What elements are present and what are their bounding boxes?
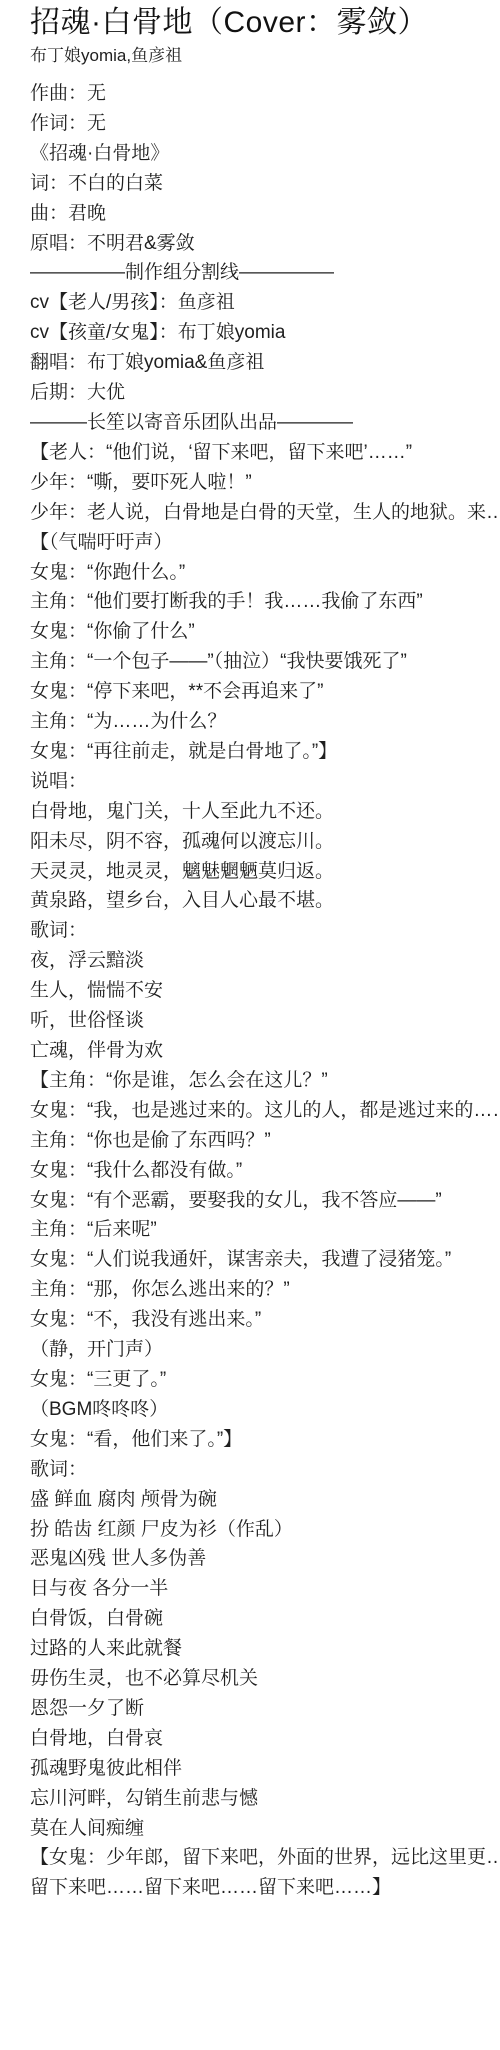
lyric-line: 作曲：无 (30, 79, 500, 109)
page-title: 招魂·白骨地（Cover：雾敛） (30, 5, 500, 41)
lyric-line: 亡魂，伴骨为欢 (30, 1036, 500, 1066)
lyric-line: 少年：老人说，白骨地是白骨的天堂，生人的地狱。来…… (30, 498, 500, 528)
lyric-line: 女鬼：“停下来吧，**不会再追来了” (30, 677, 500, 707)
lyric-line: 主角：“为……为什么？ (30, 707, 500, 737)
lyric-line: 盛 鲜血 腐肉 颅骨为碗 (30, 1485, 500, 1515)
lyric-line: 【主角：“你是谁，怎么会在这儿？” (30, 1066, 500, 1096)
lyric-line: 忘川河畔，勾销生前悲与憾 (30, 1784, 500, 1814)
lyric-line: 过路的人来此就餐 (30, 1634, 500, 1664)
lyric-line: 主角：“你也是偷了东西吗？” (30, 1126, 500, 1156)
lyric-line: 女鬼：“你偷了什么” (30, 617, 500, 647)
lyric-line: 后期：大优 (30, 378, 500, 408)
lyric-line: （BGM咚咚咚） (30, 1395, 500, 1425)
lyric-line: 女鬼：“你跑什么。” (30, 558, 500, 588)
lyric-line: cv【老人/男孩】：鱼彦祖 (30, 288, 500, 318)
lyric-line: 《招魂·白骨地》 (30, 139, 500, 169)
lyric-line: （静，开门声） (30, 1335, 500, 1365)
lyric-line: 女鬼：“我，也是逃过来的。这儿的人，都是逃过来的…… (30, 1096, 500, 1126)
lyric-line: 留下来吧……留下来吧……留下来吧……】 (30, 1873, 500, 1903)
lyrics-page: 招魂·白骨地（Cover：雾敛） 布丁娘yomia,鱼彦祖 作曲：无作词：无《招… (0, 0, 500, 1903)
lyric-line: —————制作组分割线————— (30, 258, 500, 288)
lyric-line: 毋伤生灵，也不必算尽机关 (30, 1664, 500, 1694)
lyric-line: 日与夜 各分一半 (30, 1574, 500, 1604)
lyric-line: 【老人：“他们说，‘留下来吧，留下来吧’……” (30, 438, 500, 468)
lyric-line: 女鬼：“不，我没有逃出来。” (30, 1305, 500, 1335)
lyric-line: ———长笙以寄音乐团队出品———— (30, 408, 500, 438)
lyric-line: 主角：“他们要打断我的手！我……我偷了东西” (30, 587, 500, 617)
lyric-line: 女鬼：“有个恶霸，要娶我的女儿，我不答应——” (30, 1186, 500, 1216)
lyric-line: 女鬼：“我什么都没有做。” (30, 1156, 500, 1186)
lyric-line: 阳未尽，阴不容，孤魂何以渡忘川。 (30, 827, 500, 857)
lyric-line: 歌词： (30, 1455, 500, 1485)
lyrics: 作曲：无作词：无《招魂·白骨地》词：不白的白菜曲：君晚原唱：不明君&雾敛————… (30, 79, 500, 1903)
lyric-line: 曲：君晚 (30, 199, 500, 229)
lyric-line: 翻唱：布丁娘yomia&鱼彦祖 (30, 348, 500, 378)
lyric-line: 歌词： (30, 916, 500, 946)
lyric-line: 女鬼：“人们说我通奸，谋害亲夫，我遭了浸猪笼。” (30, 1245, 500, 1275)
lyric-line: 说唱： (30, 767, 500, 797)
artists-line: 布丁娘yomia,鱼彦祖 (30, 45, 500, 67)
lyric-line: 主角：“一个包子——”（抽泣）“我快要饿死了” (30, 647, 500, 677)
lyric-line: 原唱：不明君&雾敛 (30, 229, 500, 259)
lyric-line: 主角：“那，你怎么逃出来的？” (30, 1275, 500, 1305)
lyric-line: 天灵灵，地灵灵，魑魅魍魉莫归返。 (30, 857, 500, 887)
lyric-line: 女鬼：“看，他们来了。”】 (30, 1425, 500, 1455)
lyric-line: 黄泉路，望乡台，入目人心最不堪。 (30, 886, 500, 916)
lyric-line: 扮 皓齿 红颜 尸皮为衫（作乱） (30, 1515, 500, 1545)
lyric-line: 莫在人间痴缠 (30, 1814, 500, 1844)
lyric-line: 女鬼：“再往前走，就是白骨地了。”】 (30, 737, 500, 767)
lyric-line: cv【孩童/女鬼】：布丁娘yomia (30, 318, 500, 348)
lyric-line: 主角：“后来呢” (30, 1215, 500, 1245)
lyric-line: 白骨地，白骨哀 (30, 1724, 500, 1754)
lyric-line: 听，世俗怪谈 (30, 1006, 500, 1036)
lyric-line: 恩怨一夕了断 (30, 1694, 500, 1724)
lyric-line: 白骨地，鬼门关，十人至此九不还。 (30, 797, 500, 827)
lyric-line: 白骨饭，白骨碗 (30, 1604, 500, 1634)
lyric-line: 孤魂野鬼彼此相伴 (30, 1754, 500, 1784)
lyric-line: 夜，浮云黯淡 (30, 946, 500, 976)
lyric-line: 词：不白的白菜 (30, 169, 500, 199)
lyric-line: 作词：无 (30, 109, 500, 139)
lyric-line: 【女鬼：少年郎，留下来吧，外面的世界，远比这里更…… (30, 1843, 500, 1873)
lyric-line: 生人，惴惴不安 (30, 976, 500, 1006)
lyric-line: 少年：“嘶，要吓死人啦！” (30, 468, 500, 498)
lyric-line: 恶鬼凶残 世人多伪善 (30, 1544, 500, 1574)
lyric-line: 女鬼：“三更了。” (30, 1365, 500, 1395)
lyric-line: 【（气喘吁吁声） (30, 528, 500, 558)
